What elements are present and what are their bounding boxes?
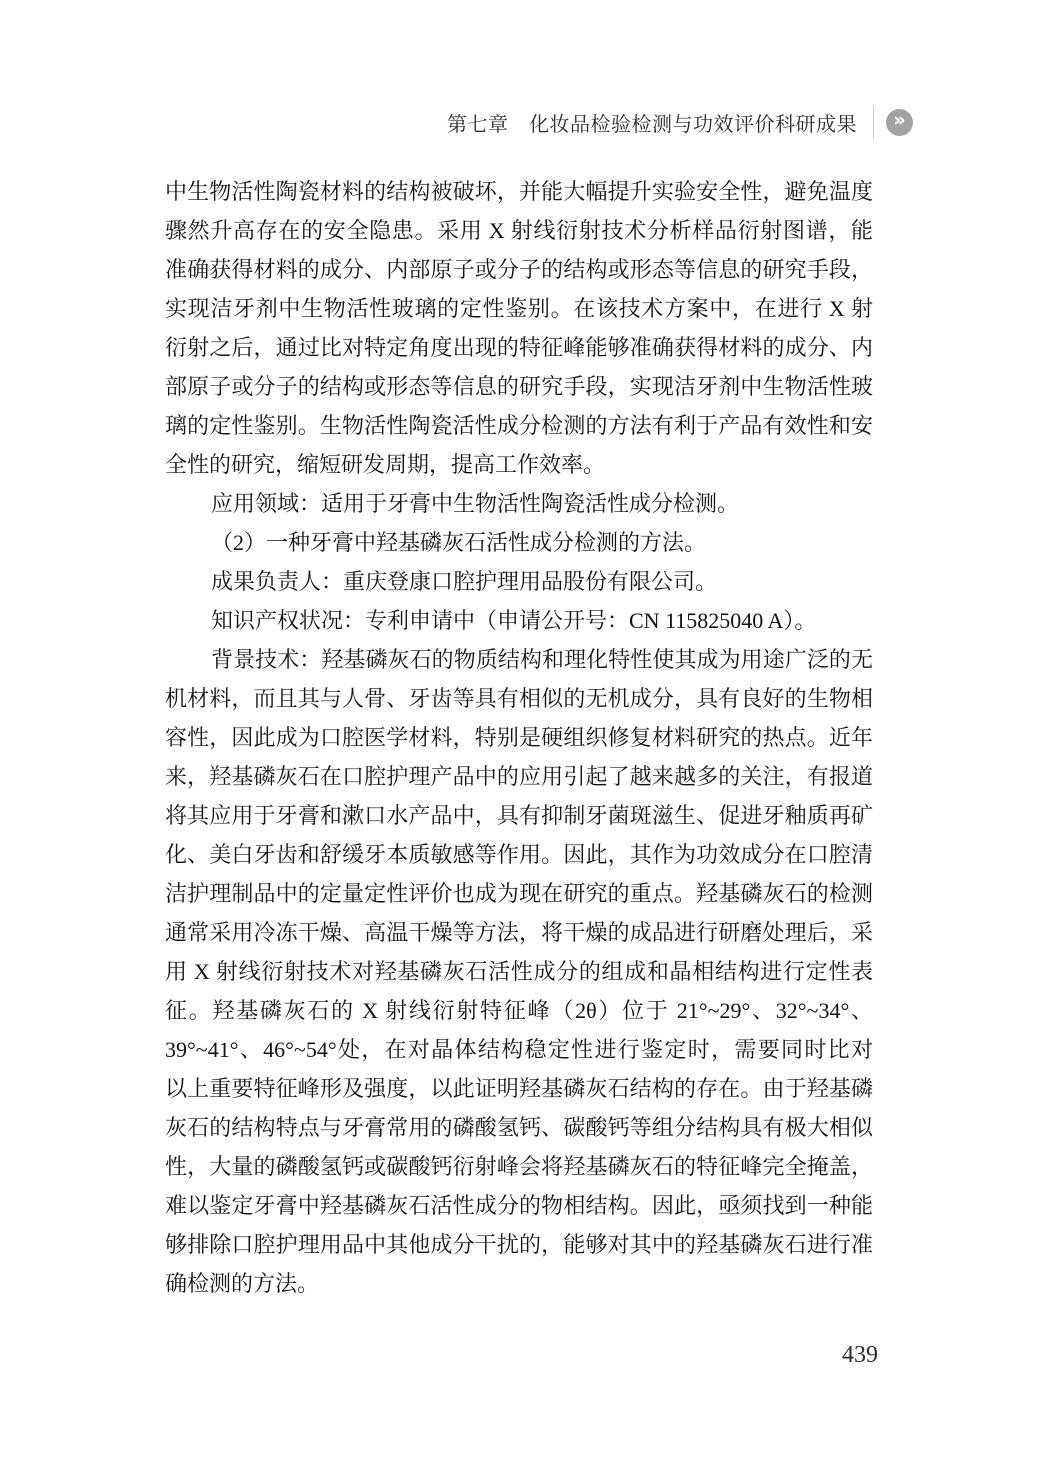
body-line: 来，羟基磷灰石在口腔护理产品中的应用引起了越来越多的关注，有报道 xyxy=(165,757,873,796)
body-line: 璃的定性鉴别。生物活性陶瓷活性成分检测的方法有利于产品有效性和安 xyxy=(165,406,873,445)
body-line: 背景技术：羟基磷灰石的物质结构和理化特性使其成为用途广泛的无 xyxy=(165,640,873,679)
body-line: 应用领域：适用于牙膏中生物活性陶瓷活性成分检测。 xyxy=(165,484,873,523)
body-line: 骤然升高存在的安全隐患。采用 X 射线衍射技术分析样品衍射图谱，能够 xyxy=(165,211,873,250)
body-line: 将其应用于牙膏和漱口水产品中，具有抑制牙菌斑滋生、促进牙釉质再矿 xyxy=(165,796,873,835)
body-text: 中生物活性陶瓷材料的结构被破坏，并能大幅提升实验安全性，避免温度 骤然升高存在的… xyxy=(165,172,873,1303)
double-chevron-glyph: » xyxy=(893,111,905,130)
body-line: 39°~41°、46°~54°处，在对晶体结构稳定性进行鉴定时，需要同时比对 xyxy=(165,1030,873,1069)
body-line: 容性，因此成为口腔医学材料，特别是硬组织修复材料研究的热点。近年 xyxy=(165,718,873,757)
body-line: 通常采用冷冻干燥、高温干燥等方法，将干燥的成品进行研磨处理后，采 xyxy=(165,913,873,952)
body-line: 洁护理制品中的定量定性评价也成为现在研究的重点。羟基磷灰石的检测 xyxy=(165,874,873,913)
body-line: 性，大量的磷酸氢钙或碳酸钙衍射峰会将羟基磷灰石的特征峰完全掩盖， xyxy=(165,1147,873,1186)
body-line: 以上重要特征峰形及强度，以此证明羟基磷灰石结构的存在。由于羟基磷 xyxy=(165,1069,873,1108)
page-number: 439 xyxy=(842,1342,878,1369)
body-line: 知识产权状况：专利申请中（申请公开号：CN 115825040 A）。 xyxy=(165,601,873,640)
body-line: 中生物活性陶瓷材料的结构被破坏，并能大幅提升实验安全性，避免温度 xyxy=(165,172,873,211)
chapter-title: 第七章 化妆品检验检测与功效评价科研成果 xyxy=(447,108,857,137)
book-page: 第七章 化妆品检验检测与功效评价科研成果 » 中生物活性陶瓷材料的结构被破坏，并… xyxy=(0,0,1045,1458)
body-line: 灰石的结构特点与牙膏常用的磷酸氢钙、碳酸钙等组分结构具有极大相似 xyxy=(165,1108,873,1147)
body-line: 难以鉴定牙膏中羟基磷灰石活性成分的物相结构。因此，亟须找到一种能 xyxy=(165,1186,873,1225)
body-line: 成果负责人：重庆登康口腔护理用品股份有限公司。 xyxy=(165,562,873,601)
body-line: 征。羟基磷灰石的 X 射线衍射特征峰（2θ）位于 21°~29°、32°~34°… xyxy=(165,991,873,1030)
body-line: 确检测的方法。 xyxy=(165,1264,873,1303)
body-line: 准确获得材料的成分、内部原子或分子的结构或形态等信息的研究手段， xyxy=(165,250,873,289)
header-divider xyxy=(873,106,874,138)
body-line: 衍射之后，通过比对特定角度出现的特征峰能够准确获得材料的成分、内 xyxy=(165,328,873,367)
body-line: 实现洁牙剂中生物活性玻璃的定性鉴别。在该技术方案中，在进行 X 射线 xyxy=(165,289,873,328)
body-line: （2）一种牙膏中羟基磷灰石活性成分检测的方法。 xyxy=(165,523,873,562)
page-header: 第七章 化妆品检验检测与功效评价科研成果 » xyxy=(0,98,913,146)
body-line: 全性的研究，缩短研发周期，提高工作效率。 xyxy=(165,445,873,484)
body-line: 机材料，而且其与人骨、牙齿等具有相似的无机成分，具有良好的生物相 xyxy=(165,679,873,718)
body-line: 够排除口腔护理用品中其他成分干扰的，能够对其中的羟基磷灰石进行准 xyxy=(165,1225,873,1264)
body-line: 部原子或分子的结构或形态等信息的研究手段，实现洁牙剂中生物活性玻 xyxy=(165,367,873,406)
body-line: 化、美白牙齿和舒缓牙本质敏感等作用。因此，其作为功效成分在口腔清 xyxy=(165,835,873,874)
double-chevron-icon: » xyxy=(886,109,913,136)
body-line: 用 X 射线衍射技术对羟基磷灰石活性成分的组成和晶相结构进行定性表 xyxy=(165,952,873,991)
